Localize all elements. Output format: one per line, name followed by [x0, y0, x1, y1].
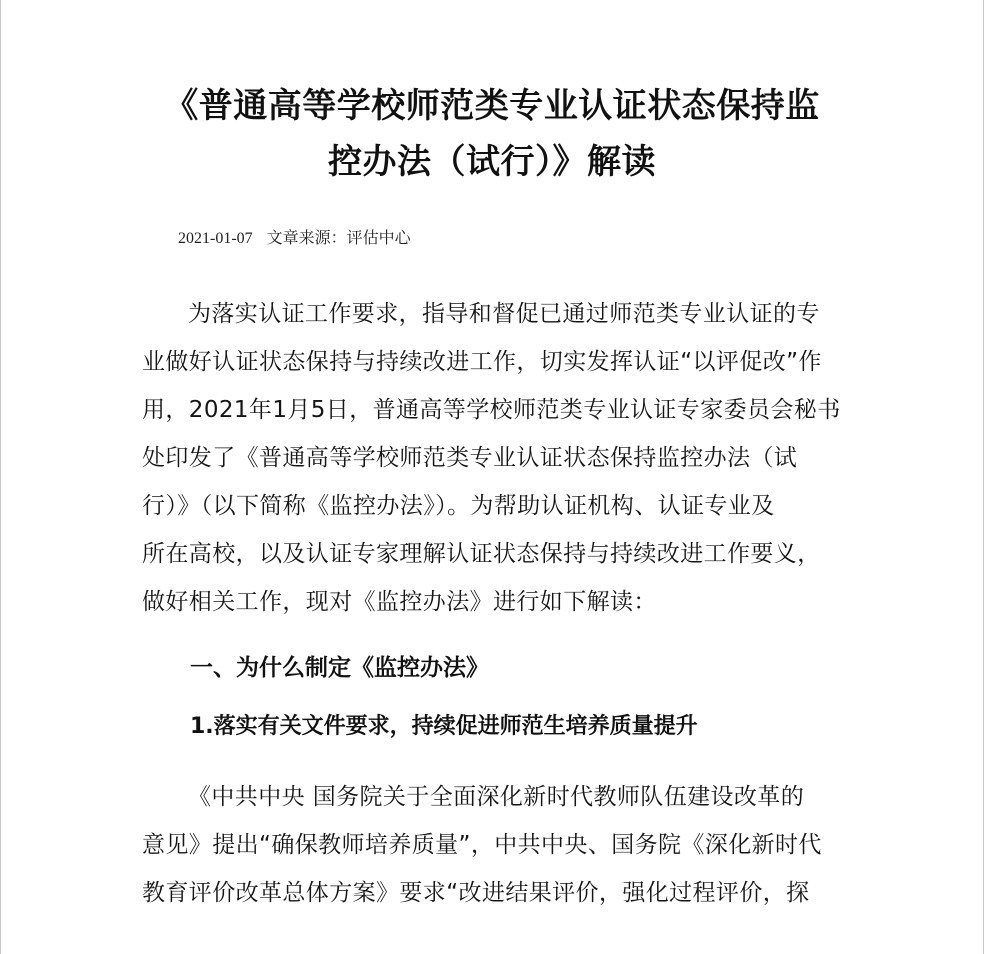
paragraph-line: 《中共中央 国务院关于全面深化新时代教师队伍建设改革的 — [142, 773, 842, 821]
page-border-left — [0, 0, 1, 954]
paragraph-line: 为落实认证工作要求，指导和督促已通过师范类专业认证的专 — [142, 290, 842, 338]
paragraph-line: 所在高校，以及认证专家理解认证状态保持与持续改进工作要义， — [142, 530, 842, 578]
title-line-1: 《普通高等学校师范类专业认证状态保持监 — [142, 78, 842, 134]
paragraph-line: 业做好认证状态保持与持续改进工作，切实发挥认证“以评促改”作 — [142, 338, 842, 386]
article-source: 文章来源：评估中心 — [267, 228, 411, 247]
intro-paragraph: 为落实认证工作要求，指导和督促已通过师范类专业认证的专 业做好认证状态保持与持续… — [142, 290, 842, 626]
paragraph-line: 意见》提出“确保教师培养质量”，中共中央、国务院《深化新时代 — [142, 821, 842, 869]
body-paragraph: 《中共中央 国务院关于全面深化新时代教师队伍建设改革的 意见》提出“确保教师培养… — [142, 773, 842, 917]
paragraph-line: 处印发了《普通高等学校师范类专业认证状态保持监控办法（试 — [142, 434, 842, 482]
article-title: 《普通高等学校师范类专业认证状态保持监 控办法（试行）》解读 — [142, 78, 842, 190]
paragraph-line: 行）》（以下简称《监控办法》）。为帮助认证机构、认证专业及 — [142, 482, 842, 530]
article-meta: 2021-01-07文章来源：评估中心 — [178, 226, 411, 251]
paragraph-line: 用，2021年1月5日，普通高等学校师范类专业认证专家委员会秘书 — [142, 386, 842, 434]
publish-date: 2021-01-07 — [178, 230, 253, 247]
title-line-2: 控办法（试行）》解读 — [142, 134, 842, 190]
subsection-heading: 1.落实有关文件要求，持续促进师范生培养质量提升 — [190, 707, 698, 747]
section-heading: 一、为什么制定《监控办法》 — [190, 648, 489, 688]
paragraph-line: 做好相关工作，现对《监控办法》进行如下解读： — [142, 578, 842, 626]
paragraph-line: 教育评价改革总体方案》要求“改进结果评价，强化过程评价，探 — [142, 869, 842, 917]
